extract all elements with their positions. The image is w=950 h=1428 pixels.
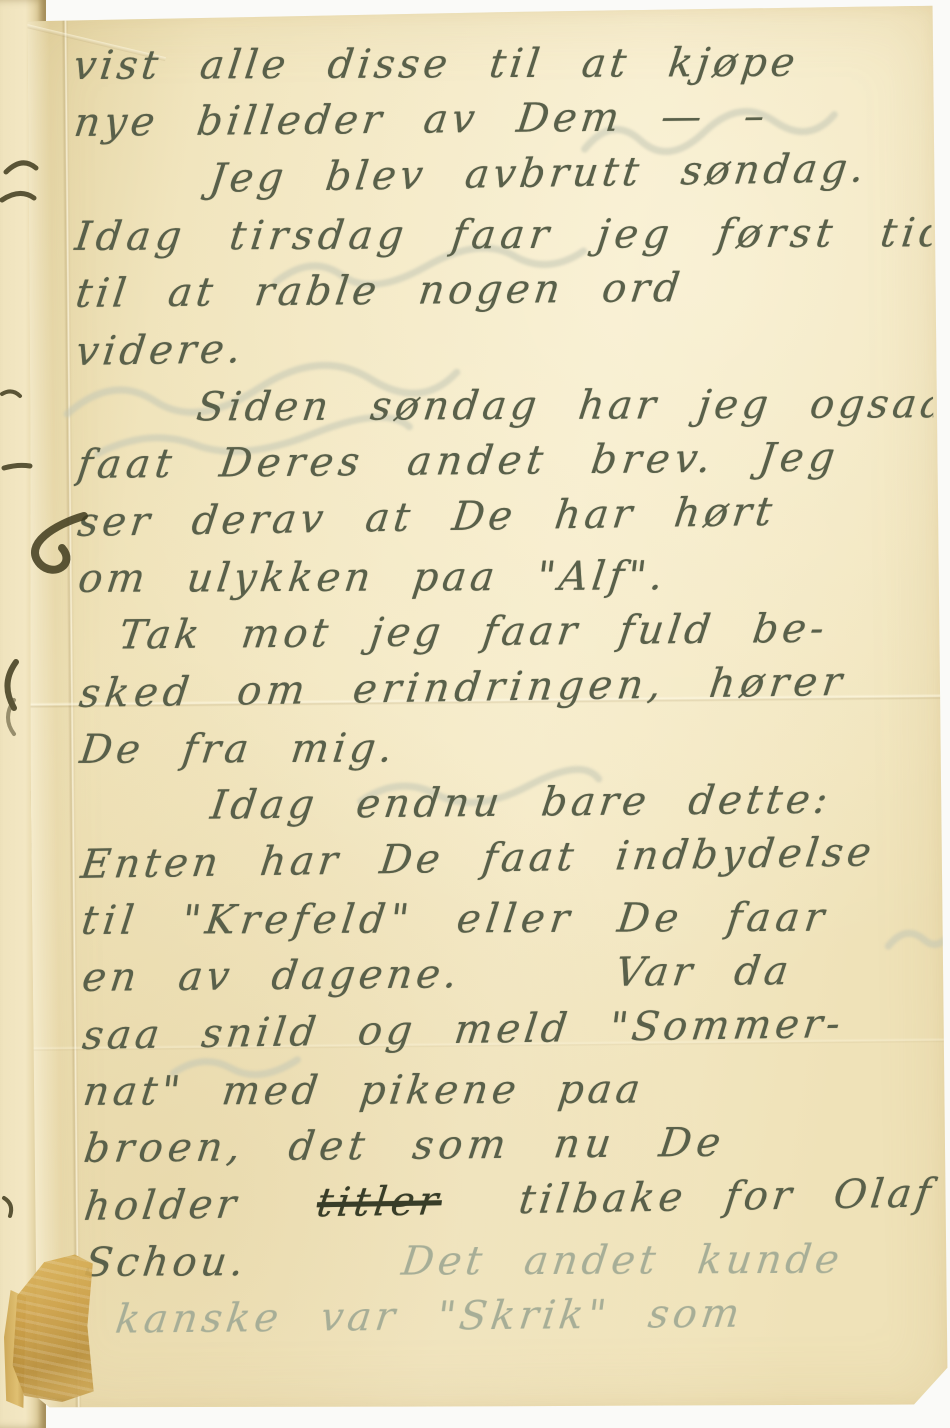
handwriting-text: Schou. xyxy=(82,1238,405,1285)
margin-ink-smudges xyxy=(0,0,120,1428)
handwriting-text: om ulykken paa "Alf". xyxy=(76,553,670,602)
handwritten-line: Enten har De faat indbydelse xyxy=(78,823,943,894)
handwriting-text: broen, det som nu De xyxy=(81,1120,728,1172)
handwritten-line: sked om erindringen, hører xyxy=(76,652,943,723)
handwritten-line: ser derav at De har hørt xyxy=(74,481,942,552)
handwriting-text: Siden søndag har jeg ogsaa xyxy=(194,381,943,430)
handwriting-text: nat" med pikene paa xyxy=(81,1066,647,1114)
handwriting-text: til "Krefeld" eller De faar xyxy=(79,895,832,944)
handwriting-text: saa snild og meld "Sommer- xyxy=(80,1001,847,1059)
handwritten-line: videre. xyxy=(73,310,941,381)
handwriting-text: vist alle disse til at kjøpe xyxy=(71,40,802,89)
handwriting-text: Idag tirsdag faar jeg først tid xyxy=(72,210,942,260)
handwritten-line: Jeg blev avbrutt søndag. xyxy=(71,139,939,210)
handwritten-line: De fra mig. xyxy=(77,718,943,779)
letter-page: vist alle disse til at kjøpenye billeder… xyxy=(23,6,948,1415)
handwritten-line: kanske var "Skrik" som xyxy=(82,1284,943,1349)
handwritten-line: Idag tirsdag faar jeg først tid xyxy=(72,205,939,266)
scanned-letter: vist alle disse til at kjøpenye billeder… xyxy=(0,0,950,1428)
handwritten-line: om ulykken paa "Alf". xyxy=(75,547,942,608)
handwritten-line: Siden søndag har jeg ogsaa xyxy=(73,376,940,437)
letter-body: vist alle disse til at kjøpenye billeder… xyxy=(70,30,943,1410)
handwriting-text: nye billeder av Dem — – xyxy=(71,93,771,146)
handwriting-text: kanske var "Skrik" som xyxy=(113,1291,746,1343)
handwriting-text: tilbake for Olaf xyxy=(439,1171,937,1225)
handwriting-text: sked om erindringen, hører xyxy=(77,659,850,717)
handwriting-text: Idag endnu bare dette: xyxy=(208,777,834,829)
struck-word: titler xyxy=(314,1178,444,1226)
handwritten-line: Schou. Det andet kunde xyxy=(82,1231,943,1292)
handwritten-line: nat" med pikene paa xyxy=(80,1060,943,1121)
handwriting-text: en av dagene. Var da xyxy=(80,948,795,1001)
handwriting-text: Tak mot jeg faar fuld be- xyxy=(116,606,830,659)
handwriting-text: til at rable nogen ord xyxy=(73,265,686,317)
handwriting-text: Jeg blev avbrutt søndag. xyxy=(207,145,871,201)
handwritten-line: vist alle disse til at kjøpe xyxy=(70,34,937,95)
handwriting-text: De fra mig. xyxy=(77,725,399,772)
handwriting-text: ser derav at De har hørt xyxy=(75,489,778,546)
handwriting-text: Det andet kunde xyxy=(399,1237,846,1285)
handwriting-text: Enten har De faat indbydelse xyxy=(78,829,877,888)
handwritten-line: til "Krefeld" eller De faar xyxy=(78,889,942,950)
handwriting-text: faat Deres andet brev. Jeg xyxy=(75,435,843,488)
handwritten-line: saa snild og meld "Sommer- xyxy=(79,994,942,1065)
